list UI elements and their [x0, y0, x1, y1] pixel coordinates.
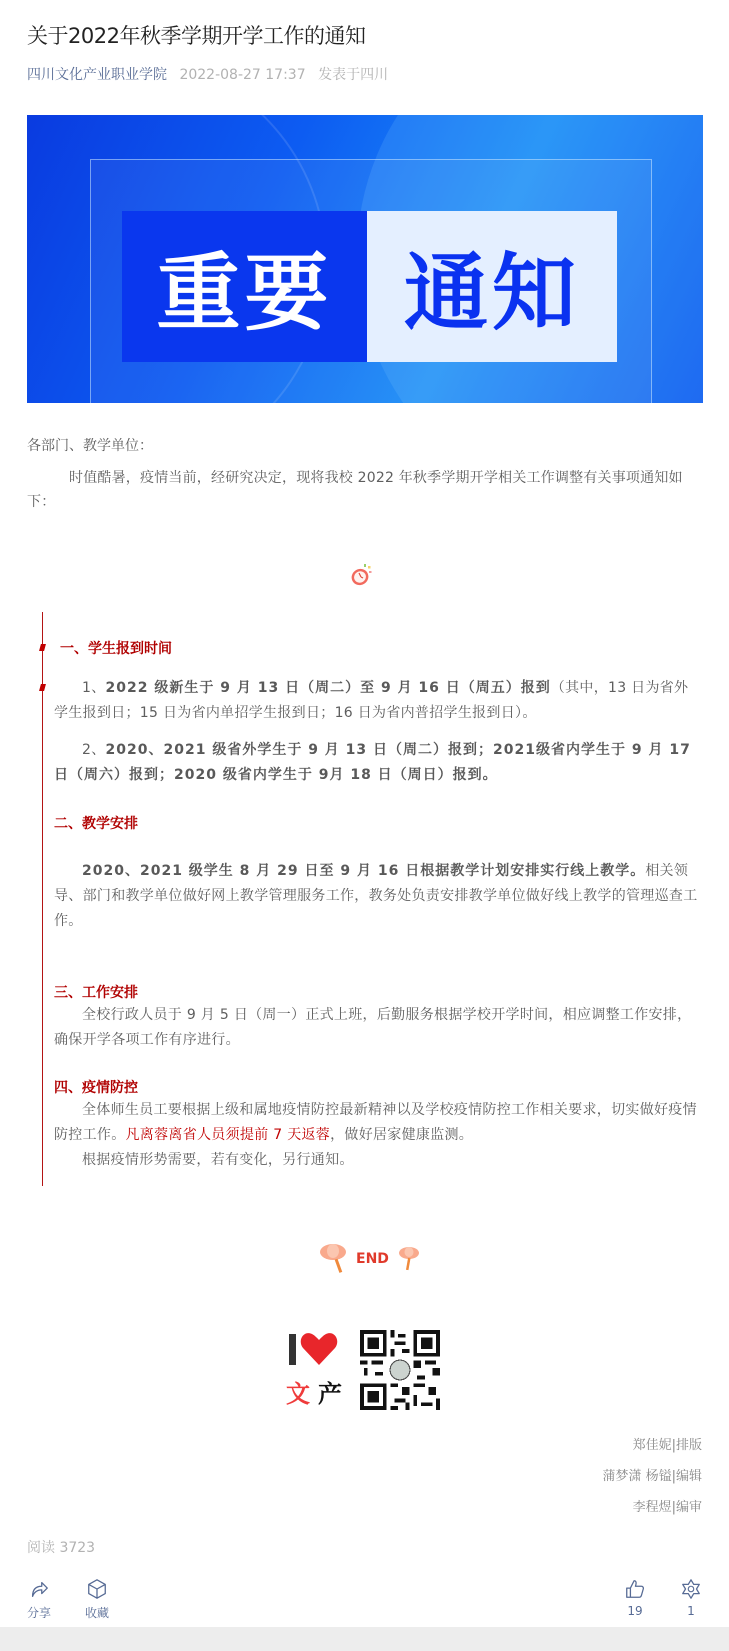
- i-love-wenchan-logo: 文 产: [286, 1330, 346, 1408]
- wow-flower-icon: [680, 1578, 702, 1600]
- section-paragraph: 2020、2021 级学生 8 月 29 日至 9 月 16 日根据教学计划安排…: [54, 859, 702, 934]
- section-paragraph: 全校行政人员于 9 月 5 日（周一）正式上班，后勤服务根据学校开学时间，相应调…: [54, 1003, 702, 1053]
- share-button[interactable]: 分享: [27, 1578, 51, 1621]
- lotus-lantern-icon: [397, 1244, 421, 1274]
- cube-favorite-icon: [86, 1578, 108, 1600]
- banner-text-important: 重要: [122, 211, 367, 362]
- lotus-lantern-icon: [318, 1242, 348, 1276]
- favorite-button[interactable]: 收藏: [85, 1578, 109, 1621]
- share-icon: [28, 1578, 50, 1600]
- section-paragraph: 2、2020、2021 级省外学生于 9 月 13 日（周二）报到；2021级省…: [54, 738, 702, 788]
- credit-layout: 郑佳妮|排版: [602, 1430, 702, 1461]
- publish-date: 2022-08-27 17:37: [179, 67, 305, 83]
- account-name-link[interactable]: 四川文化产业职业学院: [27, 67, 167, 83]
- qr-code[interactable]: [360, 1330, 440, 1410]
- bottom-bar: [0, 1627, 729, 1651]
- like-button[interactable]: 19: [624, 1578, 646, 1618]
- salutation: 各部门、教学单位：: [27, 434, 153, 458]
- section-heading: 二、教学安排: [54, 813, 138, 833]
- section-heading: 一、学生报到时间: [60, 638, 172, 658]
- intro-paragraph: 时值酷暑，疫情当前，经研究决定，现将我校 2022 年秋季学期开学相关工作调整有…: [27, 466, 703, 514]
- editor-credits: 郑佳妮|排版 蒲梦潇 杨镒|编辑 李程煜|编审: [602, 1430, 702, 1523]
- article-meta: 四川文化产业职业学院 2022-08-27 17:37 发表于四川: [27, 64, 388, 84]
- end-label: END: [356, 1251, 389, 1267]
- highlighted-requirement: 凡离蓉离省人员须提前 7 天返蓉: [126, 1127, 331, 1143]
- credit-editor: 蒲梦潇 杨镒|编辑: [602, 1461, 702, 1492]
- section-heading: 三、工作安排: [54, 982, 138, 1002]
- read-count: 阅读 3723: [27, 1537, 95, 1557]
- timeline-marker: [39, 684, 46, 691]
- important-notice-banner: 重要 通知: [27, 115, 703, 403]
- publish-location: 发表于四川: [318, 67, 388, 83]
- credit-reviewer: 李程煜|编审: [602, 1492, 702, 1523]
- section-paragraph: 1、2022 级新生于 9 月 13 日（周二）至 9 月 16 日（周五）报到…: [54, 676, 702, 726]
- section-heading: 四、疫情防控: [54, 1077, 138, 1097]
- banner-text-notice: 通知: [367, 211, 617, 362]
- section-timeline-line: [42, 612, 43, 1186]
- timeline-marker: [39, 644, 46, 651]
- thumbs-up-icon: [624, 1578, 646, 1600]
- wow-button[interactable]: 1: [680, 1578, 702, 1618]
- heart-icon: [300, 1332, 338, 1366]
- section-paragraph: 全体师生员工要根据上级和属地疫情防控最新精神以及学校疫情防控工作相关要求，切实做…: [54, 1098, 702, 1173]
- article-title: 关于2022年秋季学期开学工作的通知: [27, 20, 365, 50]
- end-marker: END: [318, 1242, 421, 1276]
- clock-icon: [350, 563, 372, 587]
